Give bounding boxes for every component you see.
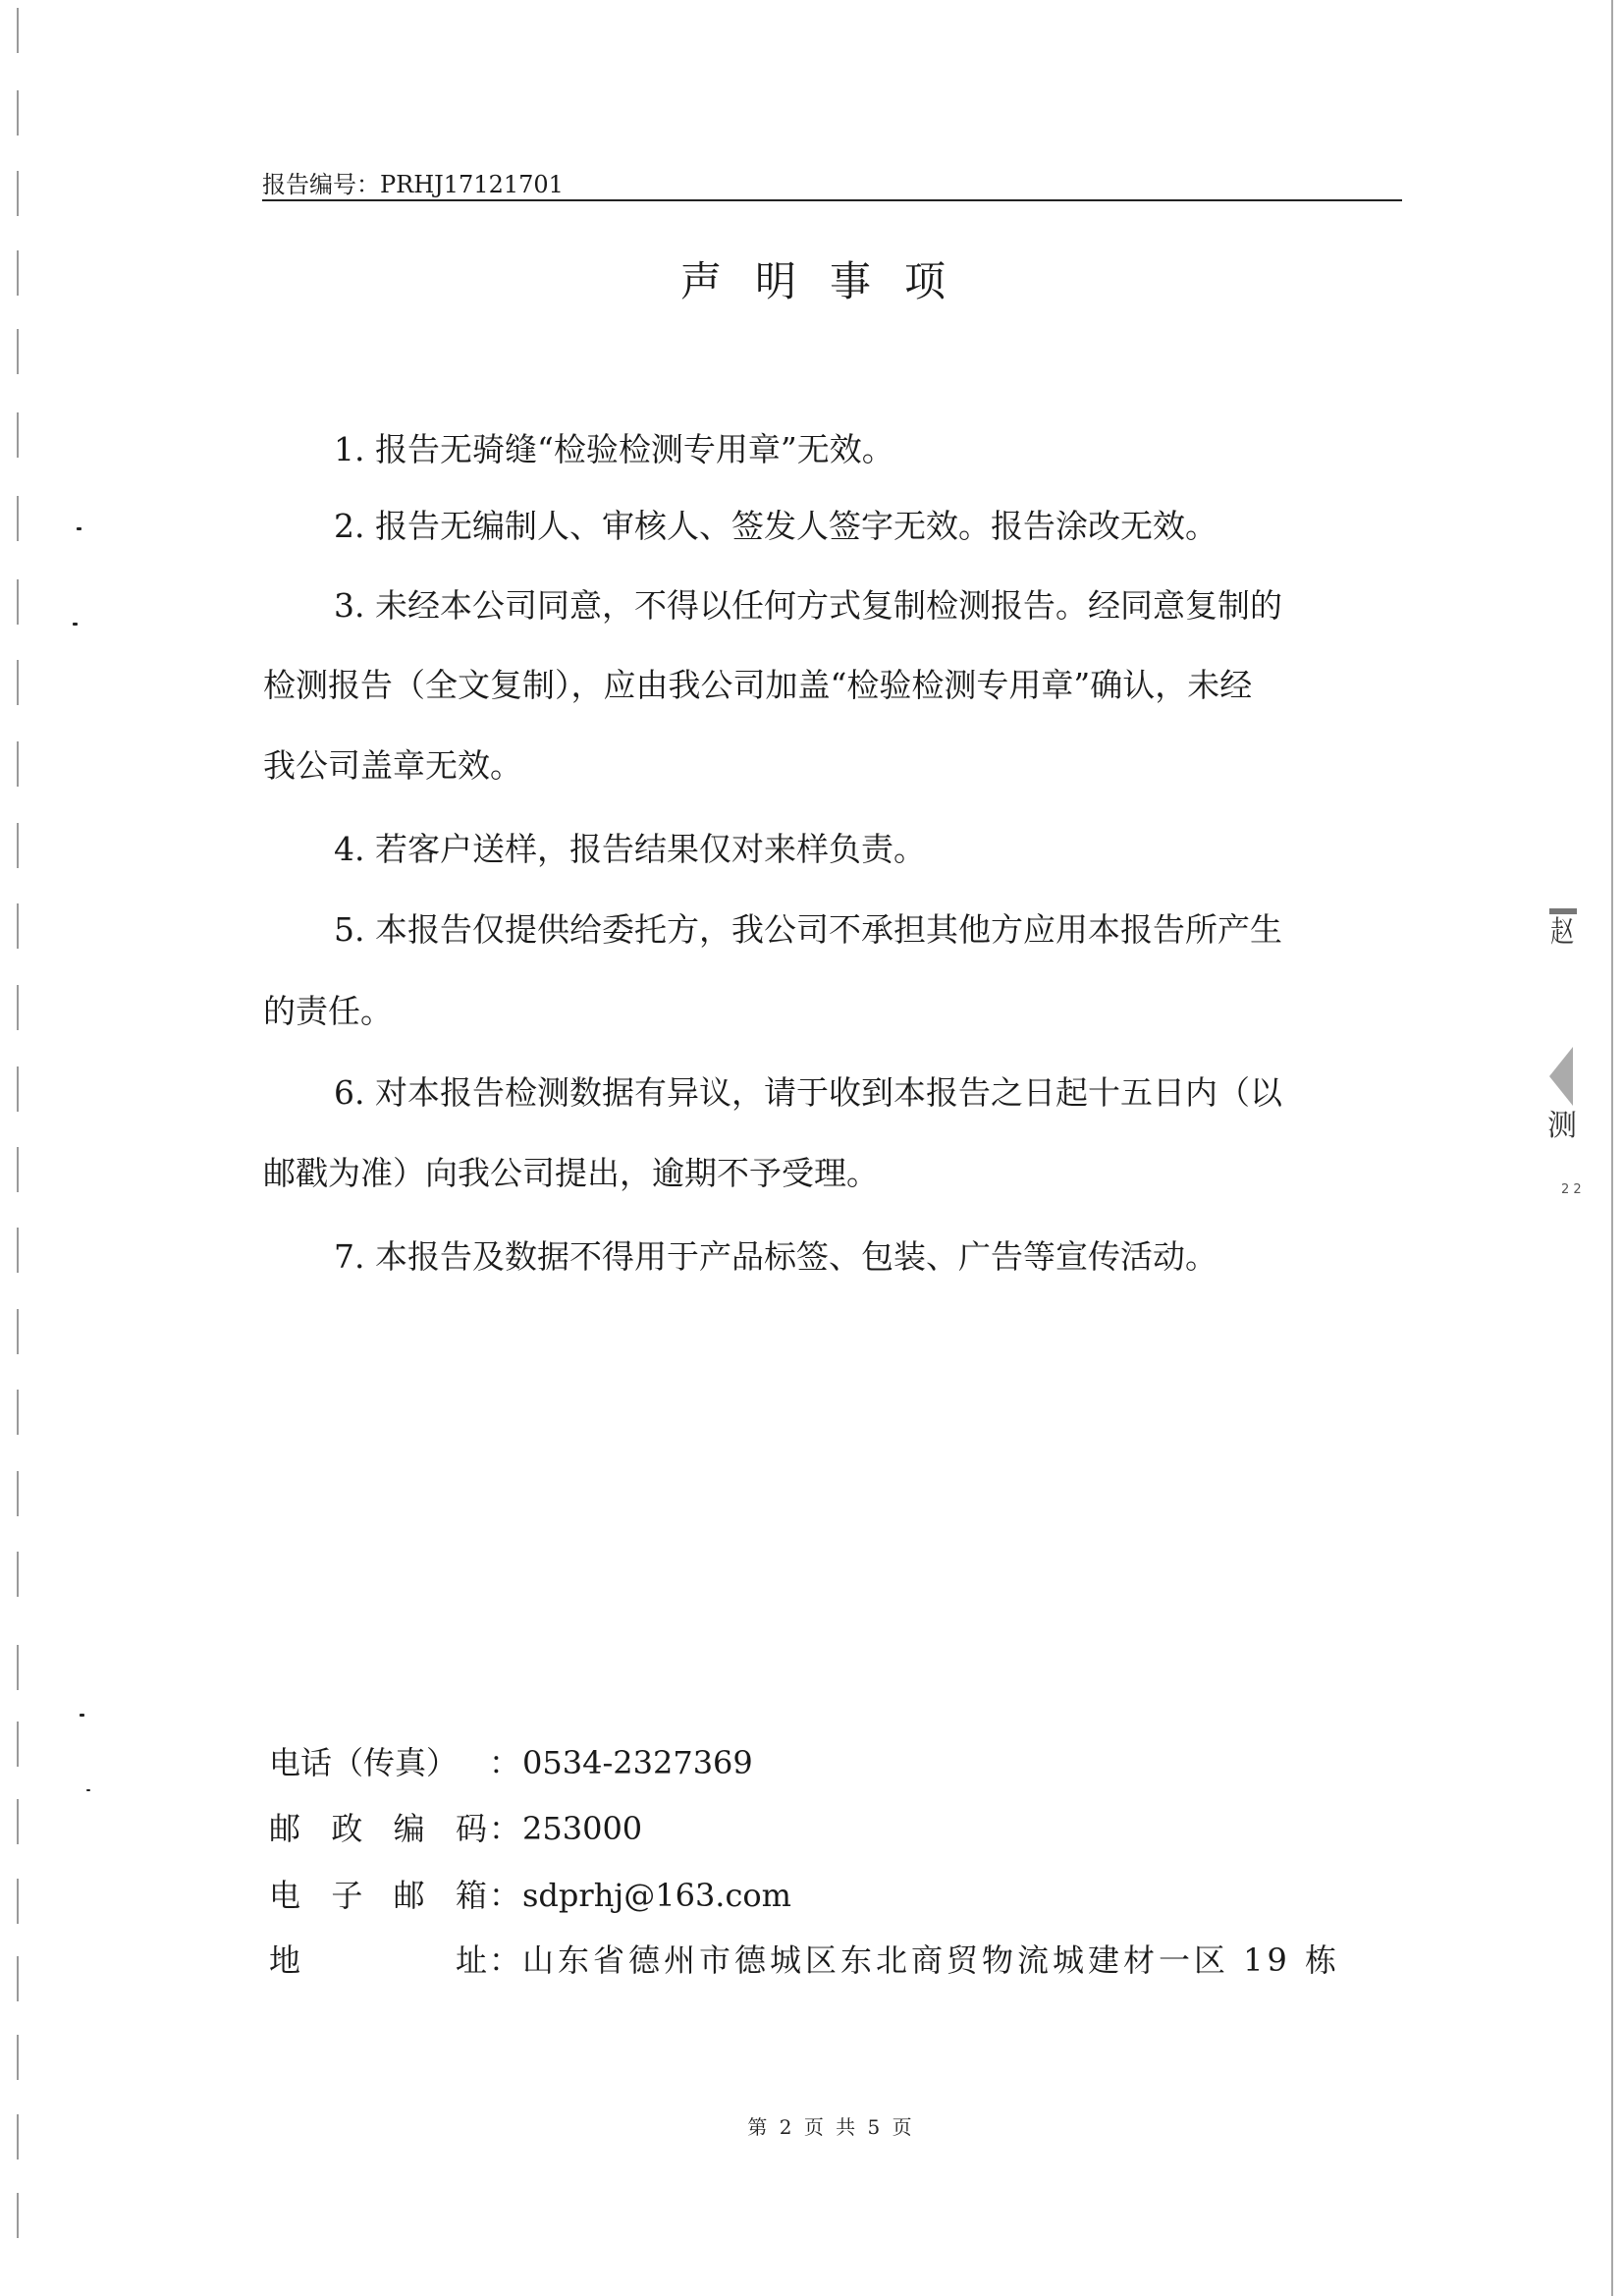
seam-seal-fragment: 测 — [1547, 1047, 1577, 1175]
contact-colon: ： — [487, 1876, 522, 1915]
statement-line: 邮戳为准）向我公司提出，逾期不予受理。 — [263, 1154, 1402, 1193]
label-char: 址 — [456, 1941, 487, 1980]
label-char: 地 — [269, 1941, 300, 1980]
edge-dash — [17, 741, 19, 787]
contact-label: 电 子 邮 箱 — [269, 1876, 487, 1915]
contact-colon: ： — [487, 1743, 522, 1782]
contact-address: 地 址 ： 山东省德州市德城区东北商贸物流城建材一区 19 栋 — [269, 1941, 1340, 1980]
email-value: sdprhj@163.com — [522, 1876, 791, 1915]
label-char: 码 — [456, 1809, 487, 1848]
page-edge-line — [1611, 0, 1613, 2296]
label-char: 邮 — [269, 1809, 300, 1848]
edge-dash — [17, 985, 19, 1030]
edge-dash — [17, 660, 19, 705]
edge-dash — [17, 2035, 19, 2080]
contact-label: 电话（传真） — [269, 1743, 487, 1782]
edge-dash — [17, 579, 19, 625]
statement-line: 6. 对本报告检测数据有异议，请于收到本报告之日起十五日内（以 — [334, 1073, 1473, 1113]
seal-glyph: 测 — [1547, 1112, 1577, 1141]
label-char: 电 — [269, 1876, 300, 1915]
seam-seal-fragment: 赵 — [1547, 908, 1577, 997]
edge-dash — [17, 823, 19, 868]
statement-line: 检测报告（全文复制），应由我公司加盖“检验检测专用章”确认，未经 — [263, 666, 1402, 705]
statement-line: 1. 报告无骑缝“检验检测专用章”无效。 — [334, 430, 1473, 469]
contact-email: 电 子 邮 箱 ： sdprhj@163.com — [269, 1876, 791, 1915]
edge-dash — [17, 1722, 19, 1767]
contact-phone: 电话（传真） ： 0534-2327369 — [269, 1743, 753, 1782]
header-divider — [262, 199, 1402, 201]
contact-label: 地 址 — [269, 1941, 487, 1980]
edge-dash — [17, 903, 19, 949]
edge-dash — [17, 412, 19, 458]
seal-number: 2 2 — [1561, 1182, 1582, 1197]
label-char: 政 — [331, 1809, 362, 1848]
label-char: 邮 — [394, 1876, 425, 1915]
page-number: 第 2 页 共 5 页 — [0, 2111, 1623, 2140]
contact-colon: ： — [487, 1809, 522, 1848]
statement-line: 我公司盖章无效。 — [263, 746, 1402, 786]
label-char: 子 — [331, 1876, 362, 1915]
label-char: 箱 — [456, 1876, 487, 1915]
contact-postcode: 邮 政 编 码 ： 253000 — [269, 1809, 642, 1848]
edge-dash — [17, 329, 19, 374]
edge-dash — [17, 1879, 19, 1924]
scan-speck — [86, 1789, 90, 1791]
edge-dash — [17, 1147, 19, 1192]
edge-dash — [17, 1309, 19, 1354]
statement-line: 的责任。 — [263, 992, 1402, 1031]
label-char: 编 — [394, 1809, 425, 1848]
edge-dash — [17, 1552, 19, 1597]
edge-dash — [17, 1228, 19, 1273]
edge-dash — [17, 1471, 19, 1516]
page-title: 声明事项 — [0, 249, 1623, 308]
seal-shape — [1549, 1047, 1573, 1106]
edge-dash — [17, 1066, 19, 1112]
edge-dash — [17, 1956, 19, 2001]
edge-dash — [17, 1799, 19, 1844]
statement-line: 5. 本报告仅提供给委托方，我公司不承担其他方应用本报告所产生 — [334, 910, 1473, 950]
statement-line: 7. 本报告及数据不得用于产品标签、包装、广告等宣传活动。 — [334, 1237, 1473, 1277]
phone-value: 0534-2327369 — [522, 1743, 753, 1782]
edge-dash — [17, 1390, 19, 1435]
contact-colon: ： — [487, 1941, 522, 1980]
seal-glyph: 赵 — [1550, 918, 1574, 948]
scan-speck — [73, 623, 78, 626]
scan-speck — [80, 1714, 84, 1717]
edge-dash — [17, 2193, 19, 2238]
statement-line: 4. 若客户送样，报告结果仅对来样负责。 — [334, 830, 1473, 869]
edge-dash — [17, 171, 19, 216]
edge-dash — [17, 8, 19, 53]
seal-bar — [1549, 908, 1577, 914]
edge-dash — [17, 496, 19, 541]
address-value: 山东省德州市德城区东北商贸物流城建材一区 19 栋 — [522, 1941, 1340, 1980]
postcode-value: 253000 — [522, 1809, 642, 1848]
contact-label: 邮 政 编 码 — [269, 1809, 487, 1848]
binding-edge-marks — [17, 0, 21, 2296]
scan-speck — [77, 527, 81, 530]
statement-line: 2. 报告无编制人、审核人、签发人签字无效。报告涂改无效。 — [334, 507, 1473, 546]
edge-dash — [17, 1645, 19, 1690]
statement-line: 3. 未经本公司同意，不得以任何方式复制检测报告。经同意复制的 — [334, 586, 1473, 626]
report-number: 报告编号：PRHJ17121701 — [262, 165, 564, 199]
edge-dash — [17, 90, 19, 136]
